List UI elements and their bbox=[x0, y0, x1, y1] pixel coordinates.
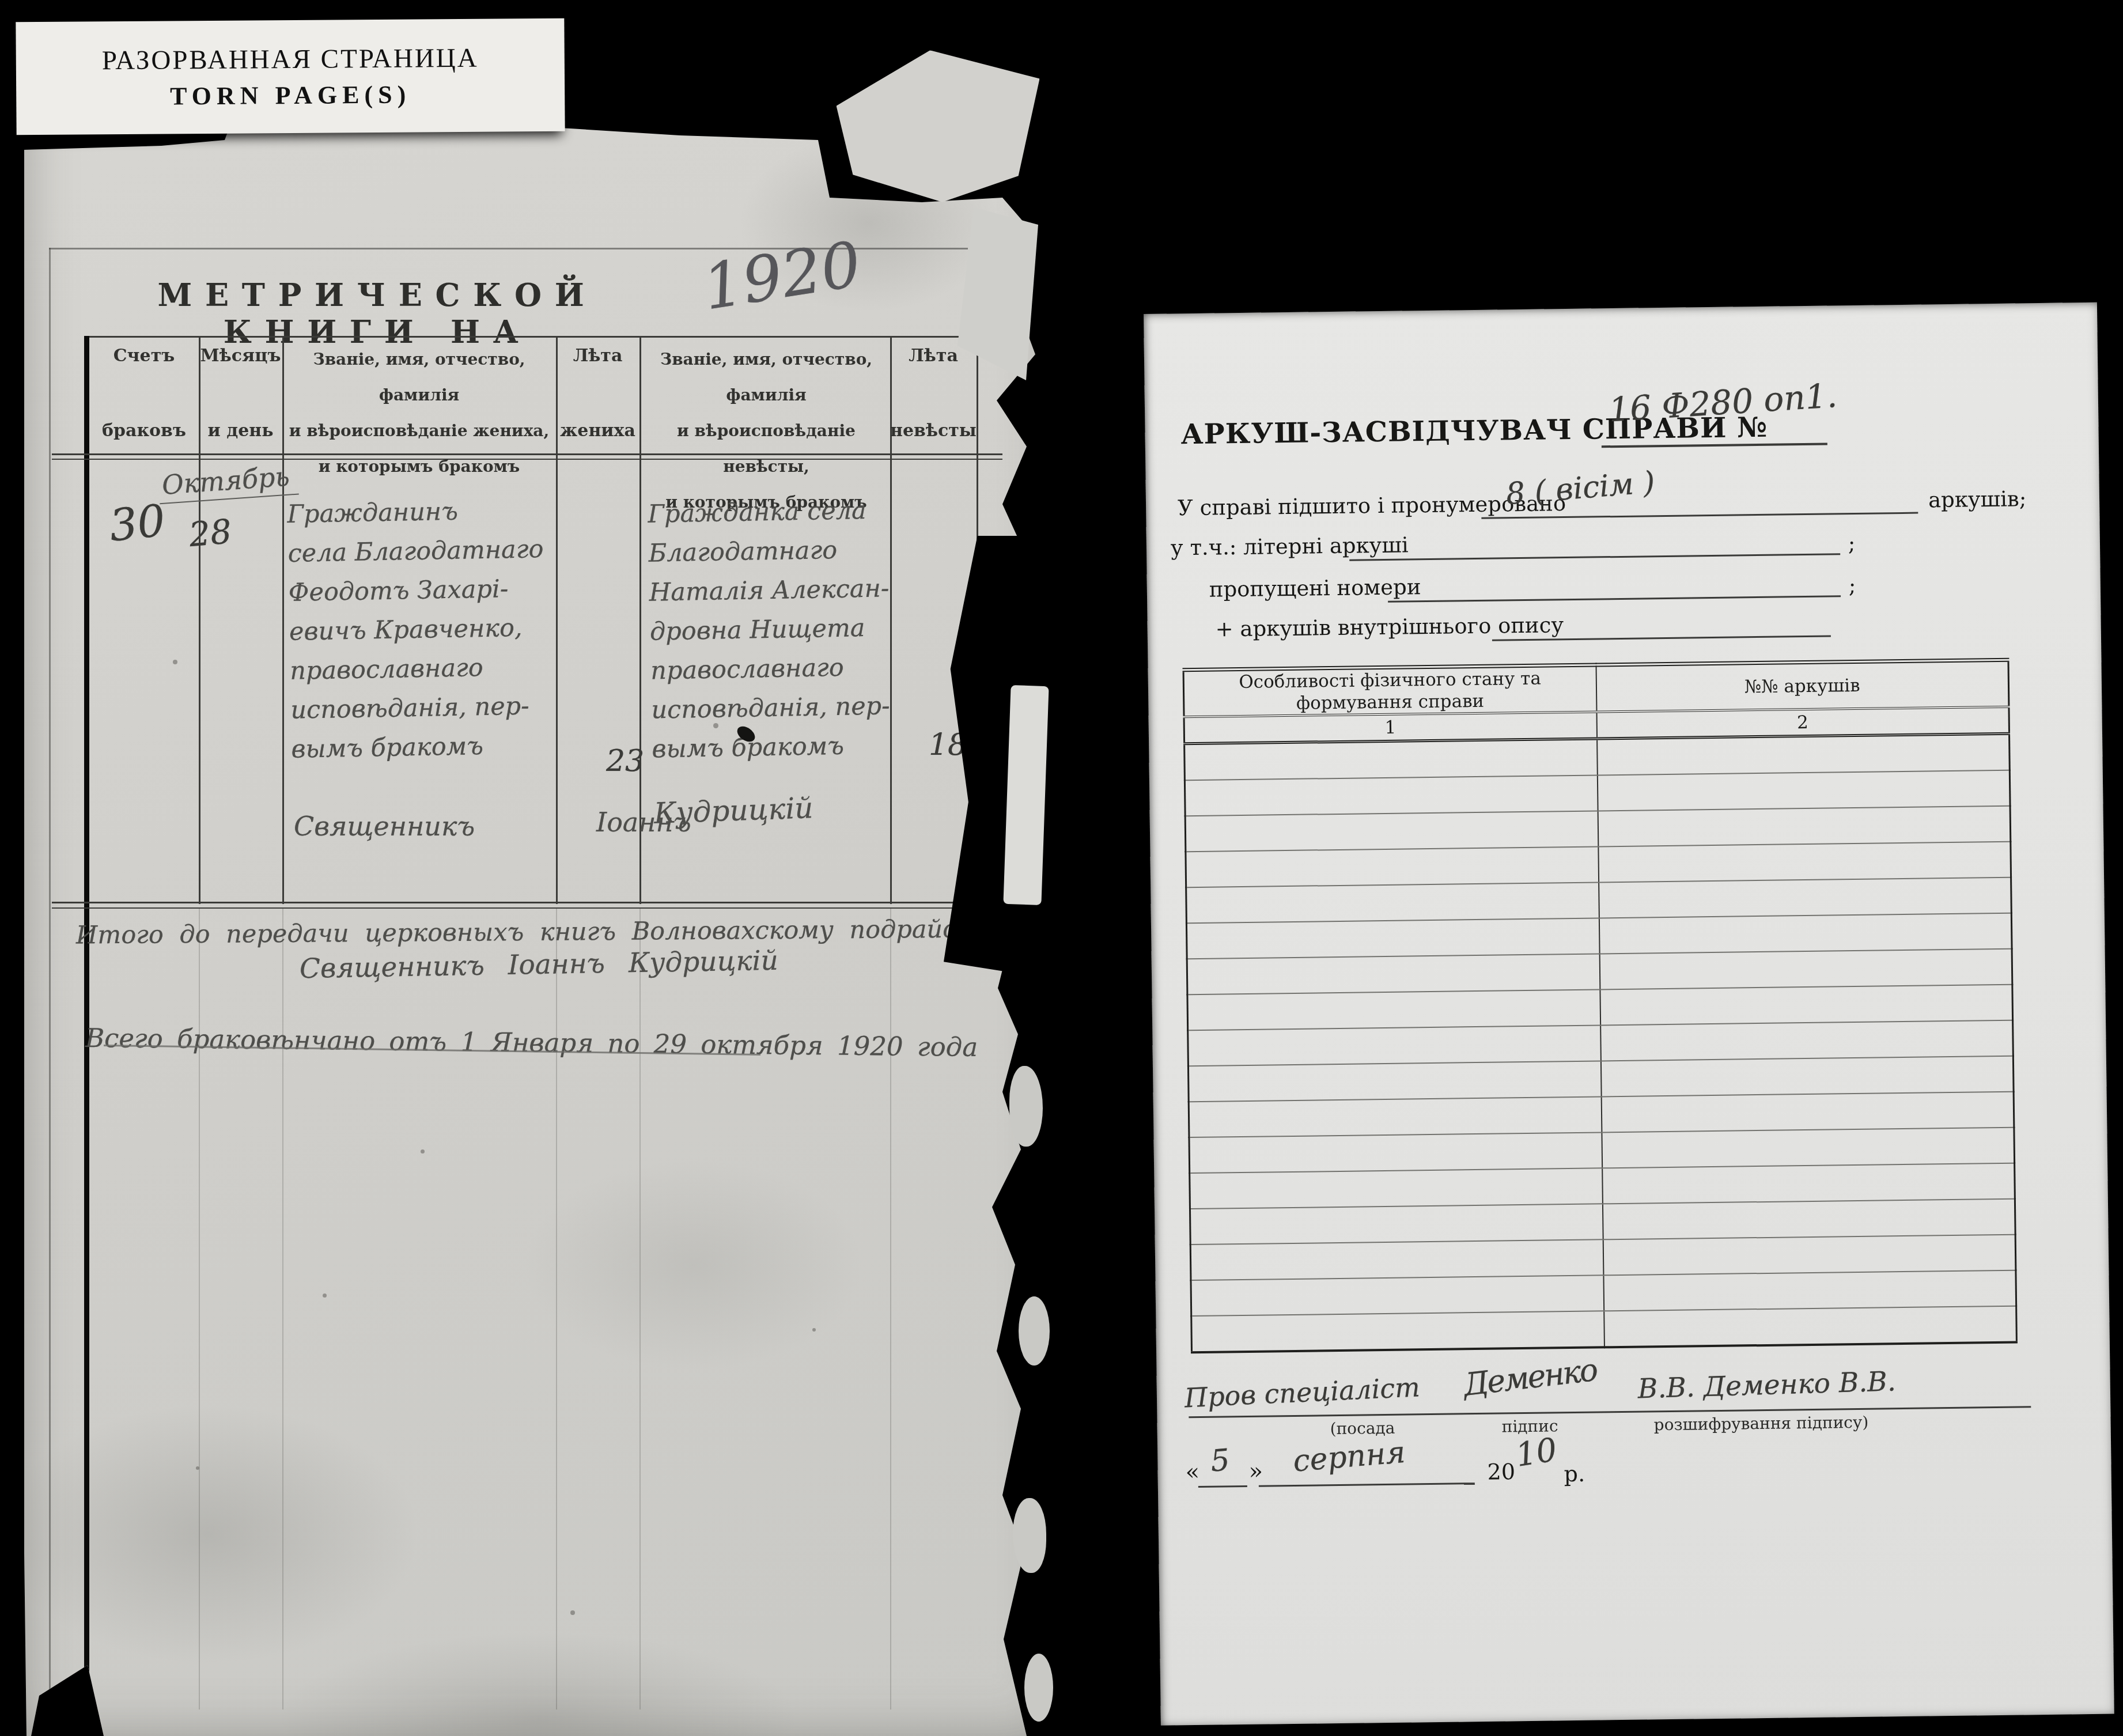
certification-sheet: АРКУШ-ЗАСВІДЧУВАЧ СПРАВИ № 16 Ф280 оп1. … bbox=[1144, 302, 2114, 1726]
column-header-count: Счетъбраковъ bbox=[89, 346, 199, 441]
paper-speck bbox=[570, 1610, 575, 1615]
empty-cell bbox=[1188, 1061, 1601, 1102]
torn-fragment bbox=[831, 46, 1040, 207]
empty-cell bbox=[1599, 913, 2012, 954]
text-line: невѣсты bbox=[890, 421, 977, 441]
signer-position-handwritten: Пров спеціаліст bbox=[1184, 1371, 1421, 1413]
empty-cell bbox=[1603, 1235, 2016, 1276]
certification-table: Особливості фізичного стану таформування… bbox=[1183, 658, 2018, 1353]
empty-cell bbox=[1187, 954, 1600, 994]
date-month-underline bbox=[1259, 1482, 1475, 1487]
text-line: и вѣроисповѣданіе жениха, bbox=[285, 413, 553, 449]
text-line: вымъ бракомъ bbox=[291, 725, 547, 769]
empty-cell bbox=[1598, 806, 2011, 847]
certification-table-body bbox=[1185, 733, 2017, 1352]
empty-cell bbox=[1603, 1270, 2016, 1311]
officiant-surname: Кудрицкій bbox=[653, 791, 813, 830]
empty-cell bbox=[1600, 985, 2013, 1026]
empty-cell bbox=[1598, 842, 2011, 883]
torn-fragment bbox=[1019, 1296, 1050, 1366]
quote-close: » bbox=[1248, 1458, 1263, 1485]
text-line: Званіе, имя, отчество, фамилія bbox=[285, 342, 553, 413]
empty-cell bbox=[1185, 811, 1598, 852]
empty-cell bbox=[1189, 1096, 1602, 1137]
text-line: вымъ бракомъ bbox=[652, 725, 892, 769]
date-day-handwritten: 5 bbox=[1209, 1443, 1231, 1479]
empty-cell bbox=[1187, 989, 1600, 1030]
empty-cell bbox=[1189, 1132, 1602, 1173]
date-suffix: р. bbox=[1564, 1461, 1585, 1487]
groom-description: Гражданинъсела БлагодатнагоФеодотъ Захар… bbox=[287, 490, 547, 769]
page-left-rule bbox=[49, 248, 51, 1714]
note-officiant: Священникъ Іоаннъ Кудрицкій bbox=[300, 945, 779, 985]
year-handwritten: 1920 bbox=[698, 228, 866, 324]
column-header-month: Мѣсяцъи день bbox=[199, 346, 282, 441]
table-border-line bbox=[52, 902, 1008, 903]
paper-speck bbox=[421, 1149, 425, 1153]
torn-fragment bbox=[1013, 1498, 1046, 1573]
text-line: Лѣта bbox=[556, 346, 639, 366]
text-line: Благодатнаго bbox=[648, 530, 889, 573]
empty-cell bbox=[1602, 1163, 2015, 1204]
scanned-archive-spread: МЕТРИЧЕСКОЙ КНИГИ НА 1920 Счетъбраковъ М… bbox=[0, 0, 2123, 1736]
text-line: жениха bbox=[556, 421, 639, 441]
signature-handwritten: Деменко bbox=[1462, 1352, 1599, 1404]
missed-numbers-label: пропущені номери bbox=[1209, 574, 1421, 602]
empty-cell bbox=[1186, 918, 1599, 959]
text-line: браковъ bbox=[89, 421, 199, 441]
record-day: 28 bbox=[187, 512, 233, 554]
quote-open: « bbox=[1185, 1459, 1199, 1485]
empty-cell bbox=[1191, 1311, 1604, 1352]
torn-label-english: TORN PAGE(S) bbox=[170, 80, 411, 111]
text-line: евичъ Кравченко, bbox=[289, 608, 545, 652]
date-year-prefix: 20 bbox=[1487, 1459, 1515, 1485]
faint-column-line bbox=[890, 909, 891, 1709]
paper-speck bbox=[713, 723, 718, 728]
text-line: Гражданка села bbox=[648, 490, 888, 534]
empty-cell bbox=[1190, 1168, 1603, 1209]
empty-cell bbox=[1185, 775, 1598, 816]
officiant-word1: Священникъ bbox=[294, 811, 475, 842]
column-header-bride-age: Лѣтаневѣсты bbox=[890, 346, 977, 441]
empty-cell bbox=[1600, 1056, 2014, 1097]
text-line: православнаго bbox=[650, 647, 891, 690]
signature-underline bbox=[1189, 1406, 2031, 1418]
text-line: и вѣроисповѣданіе невѣсты, bbox=[642, 413, 890, 485]
text-line: Мѣсяцъ bbox=[199, 346, 282, 366]
empty-cell bbox=[1190, 1204, 1603, 1245]
book-title: МЕТРИЧЕСКОЙ КНИГИ НА bbox=[109, 277, 645, 350]
table-border-line bbox=[282, 336, 284, 904]
empty-cell bbox=[1599, 878, 2012, 918]
empty-cell bbox=[1186, 882, 1599, 923]
col1-header: Особливості фізичного стану таформування… bbox=[1183, 665, 1596, 717]
text-line: села Благодатнаго bbox=[287, 530, 544, 573]
empty-cell bbox=[1601, 1092, 2014, 1133]
internal-inventory-label: + аркушів внутрішнього опису bbox=[1215, 612, 1564, 641]
metrical-book-page: МЕТРИЧЕСКОЙ КНИГИ НА 1920 Счетъбраковъ М… bbox=[23, 55, 1054, 1736]
empty-cell bbox=[1190, 1239, 1603, 1280]
table-border-line bbox=[89, 336, 979, 338]
lettered-sheets-label: у т.ч.: літерні аркуші bbox=[1171, 532, 1409, 560]
record-month: Октябрь bbox=[157, 460, 298, 505]
text-line: и день bbox=[199, 421, 282, 441]
empty-cell bbox=[1597, 733, 2010, 775]
text-line: Наталія Алексан- bbox=[649, 569, 890, 612]
case-number-handwritten: 16 Ф280 оп1. bbox=[1607, 376, 1838, 429]
paper-speck bbox=[173, 660, 177, 664]
semicolon: ; bbox=[1848, 531, 1856, 556]
record-number: 30 bbox=[107, 494, 168, 551]
empty-cell bbox=[1600, 1020, 2014, 1061]
paper-speck bbox=[196, 1466, 199, 1470]
signature-transcript-handwritten: В.В. Деменко В.В. bbox=[1637, 1366, 1896, 1405]
groom-age-value: 23 bbox=[606, 744, 644, 778]
date-year-handwritten: 10 bbox=[1513, 1431, 1560, 1474]
text-line: исповѣданія, пер- bbox=[290, 686, 547, 730]
text-line: и которымъ бракомъ bbox=[285, 449, 553, 485]
text-line: исповѣданія, пер- bbox=[651, 686, 892, 729]
torn-fragment bbox=[1003, 685, 1049, 905]
semicolon: ; bbox=[1849, 573, 1856, 598]
empty-cell bbox=[1604, 1306, 2017, 1348]
note-transfer: Итого до передачи церковныхъ книгъ Волно… bbox=[76, 914, 989, 950]
column-header-groom: Званіе, имя, отчество, фамиліяи вѣроиспо… bbox=[285, 342, 553, 485]
empty-cell bbox=[1599, 949, 2012, 990]
empty-cell bbox=[1191, 1275, 1604, 1316]
date-month-handwritten: серпня bbox=[1292, 1435, 1407, 1479]
sewn-count-value: 8 ( вісім ) bbox=[1505, 465, 1656, 512]
note-total-marriages: Всего браковѣнчано отъ 1 Января по 29 ок… bbox=[85, 1023, 978, 1062]
paper-speck bbox=[323, 1294, 327, 1298]
empty-cell bbox=[1597, 770, 2010, 811]
empty-cell bbox=[1602, 1199, 2015, 1240]
torn-fragment bbox=[1009, 1066, 1043, 1147]
text-line: православнаго bbox=[290, 647, 546, 691]
empty-cell bbox=[1188, 1025, 1601, 1066]
col2-header: №№ аркушів bbox=[1596, 660, 2009, 712]
bride-description: Гражданка селаБлагодатнагоНаталія Алекса… bbox=[648, 490, 892, 769]
date-day-underline bbox=[1198, 1485, 1247, 1488]
text-line: Гражданинъ bbox=[287, 490, 543, 534]
table-border-line bbox=[52, 907, 1008, 909]
text-line: Счетъ bbox=[89, 346, 199, 366]
torn-page-label: РАЗОРВАННАЯ СТРАНИЦА TORN PAGE(S) bbox=[16, 18, 565, 135]
sewn-count-suffix: аркушів; bbox=[1928, 486, 2027, 512]
column-header-groom-age: Лѣтажениха bbox=[556, 346, 639, 441]
caption-position: (посада bbox=[1330, 1419, 1395, 1438]
text-line: дровна Нищета bbox=[649, 608, 890, 651]
empty-cell bbox=[1185, 739, 1598, 780]
torn-label-russian: РАЗОРВАННАЯ СТРАНИЦА bbox=[102, 42, 479, 76]
blank-line bbox=[1388, 595, 1841, 603]
torn-fragment bbox=[1024, 1654, 1053, 1722]
blank-line bbox=[1349, 553, 1840, 561]
caption-transcript: розшифрування підпису) bbox=[1653, 1413, 1868, 1435]
text-line: Званіе, имя, отчество, фамилія bbox=[642, 342, 890, 413]
paper-speck bbox=[812, 1328, 816, 1332]
empty-cell bbox=[1602, 1128, 2015, 1168]
empty-cell bbox=[1186, 846, 1599, 887]
text-line: Феодотъ Захарі- bbox=[288, 569, 544, 612]
